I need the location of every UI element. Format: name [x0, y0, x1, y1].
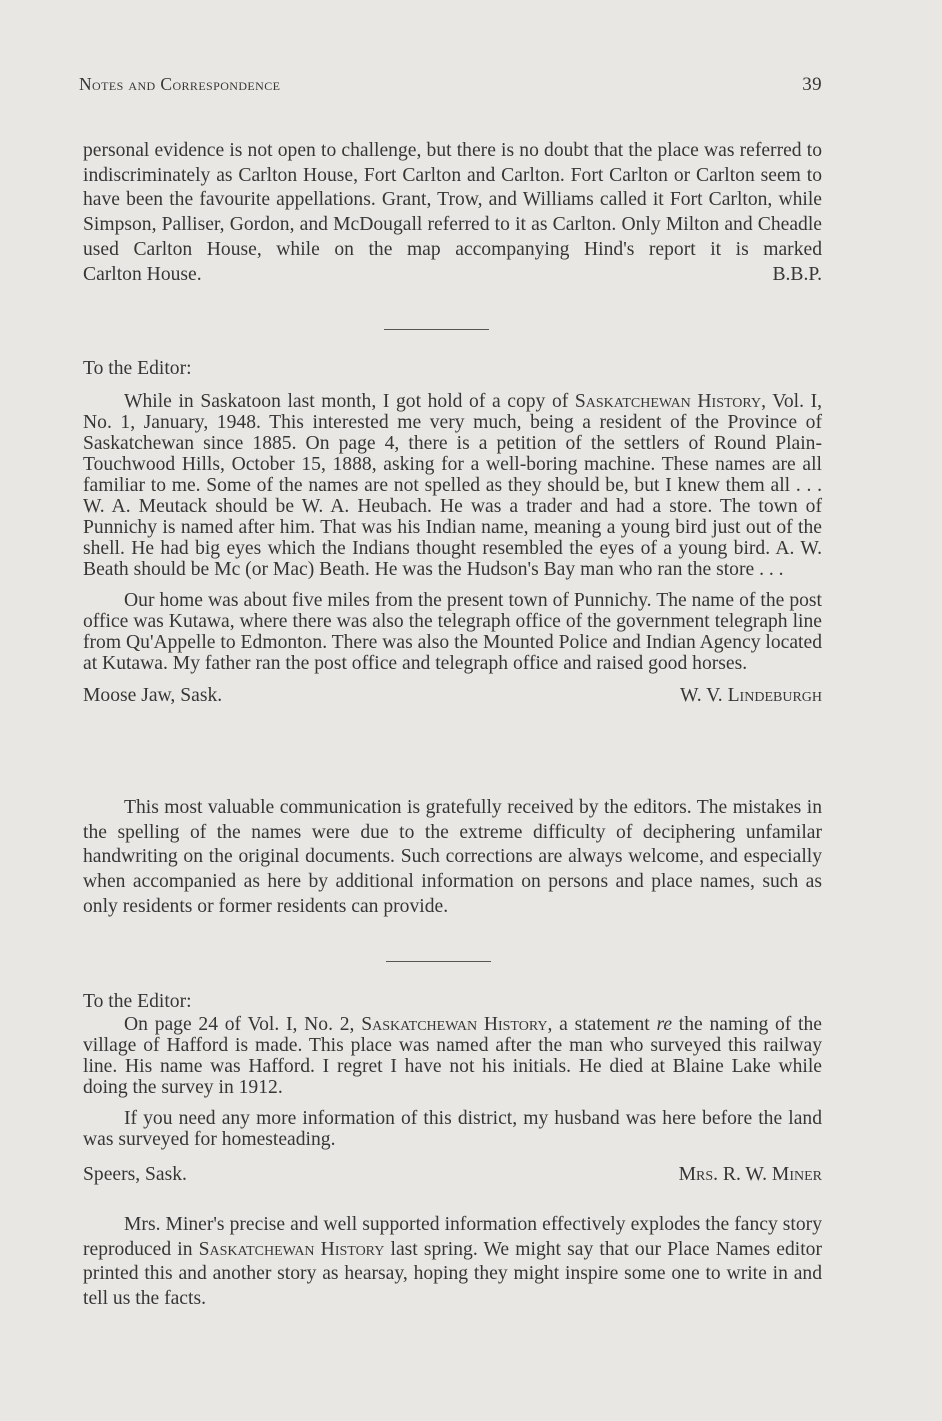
letter1-p1-text-b: , Vol. I, No. 1, January, 1948. This int… — [83, 391, 822, 580]
letter1-place: Moose Jaw, Sask. — [83, 684, 222, 708]
letter2-place: Speers, Sask. — [83, 1163, 187, 1187]
letter-miner: To the Editor: On page 24 of Vol. I, No.… — [83, 990, 822, 1187]
carlton-last-line: Carlton House. — [83, 263, 202, 288]
editor-note-2-text: Mrs. Miner's precise and well supported … — [83, 1213, 822, 1312]
letter1-salutation: To the Editor: — [83, 357, 822, 381]
running-head-title: Notes and Correspondence — [79, 74, 280, 95]
section-carlton-note: personal evidence is not open to challen… — [83, 139, 822, 287]
letter1-signature: W. V. Lindeburgh — [680, 684, 822, 708]
editor-note-1-text: This most valuable communication is grat… — [83, 796, 822, 920]
letter1-paragraph-1: While in Saskatoon last month, I got hol… — [83, 391, 822, 580]
section-divider — [386, 961, 491, 962]
letter-lindeburgh: To the Editor: While in Saskatoon last m… — [83, 357, 822, 708]
letter1-p1-text-a: While in Saskatoon last month, I got hol… — [124, 391, 575, 412]
journal-title: Saskatchewan History — [199, 1239, 385, 1260]
letter1-signature-line: Moose Jaw, Sask. W. V. Lindeburgh — [83, 684, 822, 708]
journal-title: Saskatchewan History — [361, 1014, 547, 1035]
letter2-p1-italic: re — [656, 1014, 672, 1035]
letter2-signature: Mrs. R. W. Miner — [679, 1163, 822, 1187]
author-initials: B.B.P. — [772, 263, 822, 288]
letter2-p1-text-a: On page 24 of Vol. I, No. 2, — [124, 1014, 361, 1035]
document-page: Notes and Correspondence 39 personal evi… — [0, 0, 942, 1421]
page-number: 39 — [802, 74, 822, 96]
letter2-p1-text-b: , a statement — [548, 1014, 657, 1035]
letter2-salutation: To the Editor: — [83, 990, 822, 1014]
carlton-paragraph: personal evidence is not open to challen… — [83, 139, 822, 263]
editor-note-2: Mrs. Miner's precise and well supported … — [83, 1213, 822, 1312]
letter2-paragraph-1: On page 24 of Vol. I, No. 2, Saskatchewa… — [83, 1014, 822, 1098]
letter2-signature-line: Speers, Sask. Mrs. R. W. Miner — [83, 1163, 822, 1187]
editor-note-1: This most valuable communication is grat… — [83, 796, 822, 920]
letter2-paragraph-2: If you need any more information of this… — [83, 1108, 822, 1150]
letter1-paragraph-2: Our home was about five miles from the p… — [83, 590, 822, 674]
carlton-closing-line: Carlton House. B.B.P. — [83, 263, 822, 288]
journal-title: Saskatchewan History — [575, 391, 761, 412]
section-divider — [384, 329, 489, 330]
running-head: Notes and Correspondence 39 — [79, 74, 822, 96]
